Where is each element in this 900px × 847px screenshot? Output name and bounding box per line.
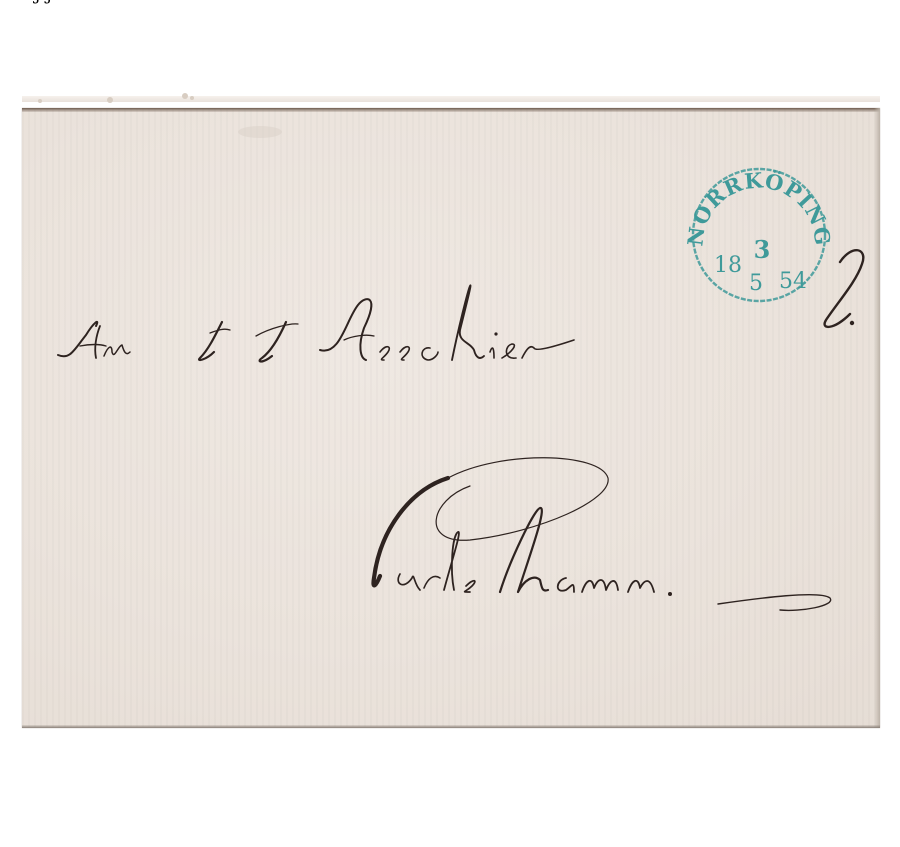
letter-markings: NORRKÖPING 18 3 5 54 2. — [0, 0, 900, 847]
postmark-year-right: 54 — [779, 269, 807, 294]
paper-stain — [238, 126, 282, 138]
address-line-2 — [373, 458, 830, 611]
postmark-year-left: 18 — [714, 253, 742, 278]
address-line-2-text: Carlshamn. — [0, 0, 93, 4]
postmark-day: 3 — [754, 235, 771, 264]
address-line-1 — [58, 285, 574, 361]
postmark-month: 5 — [749, 271, 763, 296]
paper-specks — [38, 93, 194, 103]
postmark-stamp: NORRKÖPING 18 3 5 54 — [682, 167, 835, 301]
rate-marking — [825, 250, 864, 327]
